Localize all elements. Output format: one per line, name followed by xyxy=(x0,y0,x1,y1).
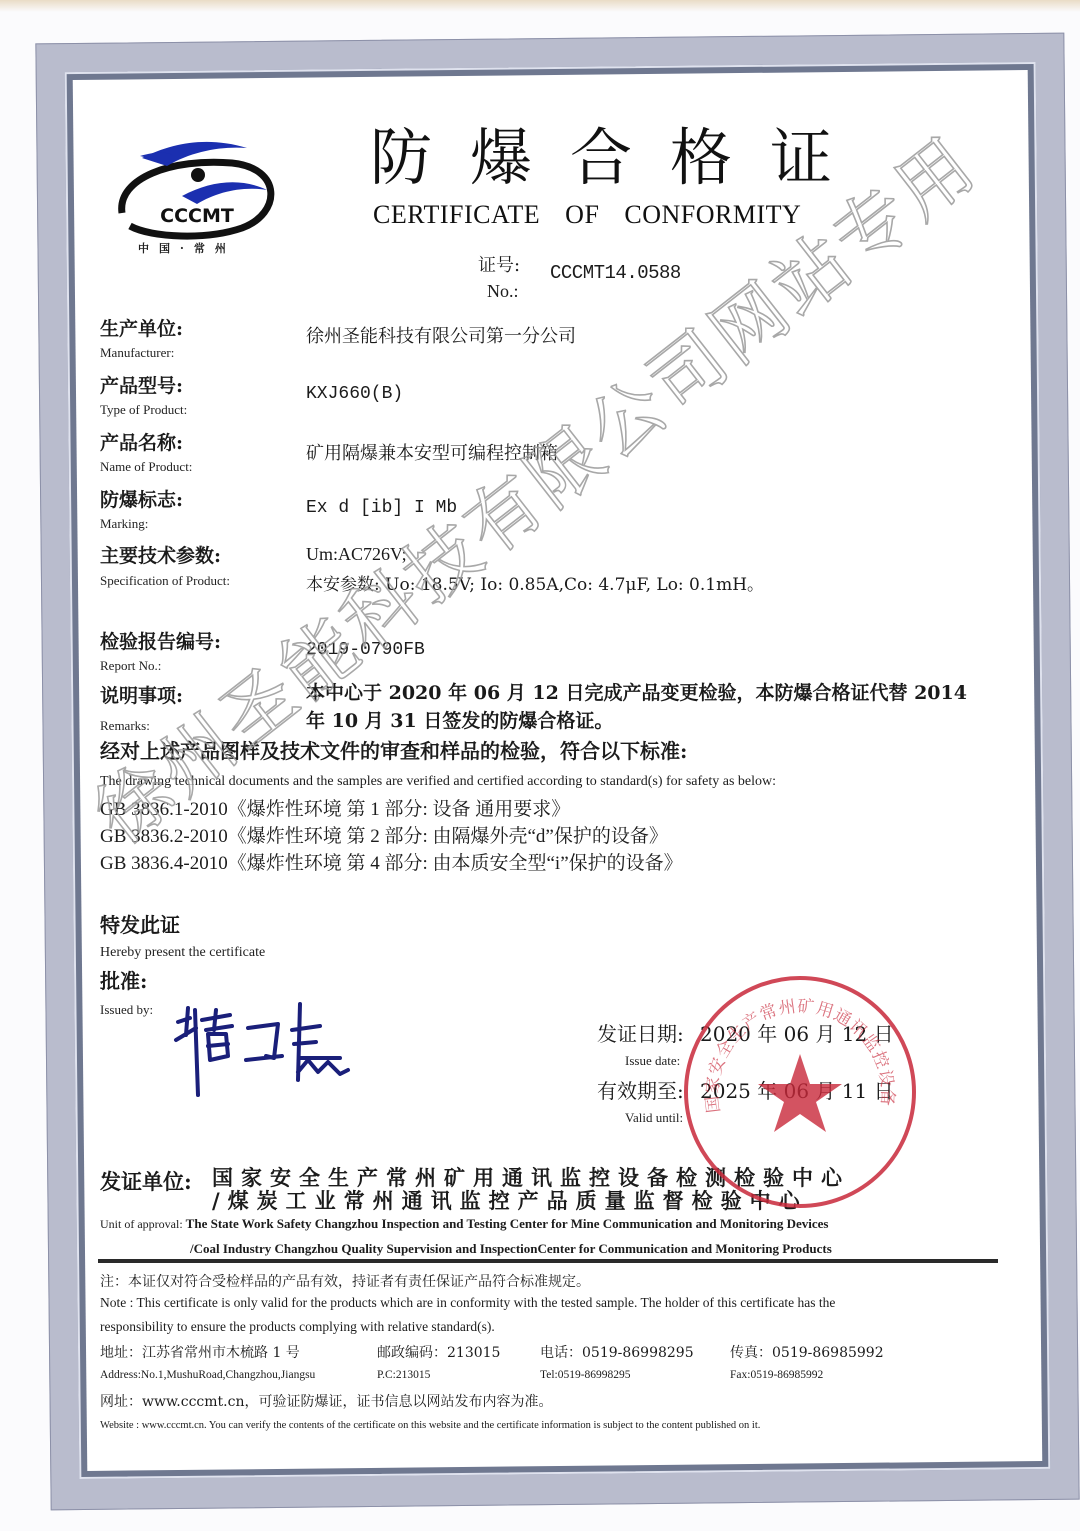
cert-no-value: CCCMT14.0588 xyxy=(550,262,681,284)
fax-en: Fax:0519-86985992 xyxy=(730,1369,823,1381)
fax-cn: 传真：0519-86985992 xyxy=(730,1342,884,1362)
specification-value-2: 本安参数: Uo: 18.5V; Io: 0.85A,Co: 4.7μF, Lo… xyxy=(306,570,764,595)
tel-en: Tel:0519-86998295 xyxy=(540,1369,631,1381)
website-en: Website : www.cccmt.cn. You can verify t… xyxy=(100,1420,760,1431)
manufacturer-label-en: Manufacturer: xyxy=(100,345,174,361)
report-no-label-cn: 检验报告编号: xyxy=(100,627,221,654)
note-en-2: responsibility to ensure the products co… xyxy=(100,1319,495,1335)
issue-date-label-cn: 发证日期: xyxy=(597,1018,684,1047)
postcode-cn: 邮政编码：213015 xyxy=(377,1342,500,1362)
unit-name-en-2: /Coal Industry Changzhou Quality Supervi… xyxy=(190,1241,832,1257)
product-type-label-cn: 产品型号: xyxy=(100,371,183,398)
postcode-en: P.C:213015 xyxy=(377,1369,430,1381)
remarks-label-en: Remarks: xyxy=(100,718,150,734)
valid-until-label-cn: 有效期至: xyxy=(597,1075,684,1104)
remarks-line-2: 年 10 月 31 日签发的防爆合格证。 xyxy=(306,706,613,733)
remarks-label-cn: 说明事项: xyxy=(100,681,183,708)
product-name-value: 矿用隔爆兼本安型可编程控制箱 xyxy=(306,439,558,465)
standards-intro-en: The drawing technical documents and the … xyxy=(100,774,776,790)
unit-label-en: Unit of approval: xyxy=(100,1217,183,1231)
unit-name-en-1: Unit of approval: The State Work Safety … xyxy=(100,1216,829,1232)
note-en-1: Note : This certificate is only valid fo… xyxy=(100,1295,835,1311)
standard-item: GB 3836.4-2010《爆炸性环境 第 4 部分: 由本质安全型“i”保护… xyxy=(100,848,683,875)
product-type-value: KXJ660(B) xyxy=(306,384,403,404)
specification-label-cn: 主要技术参数: xyxy=(100,541,221,568)
address-en: Address:No.1,MushuRoad,Changzhou,Jiangsu xyxy=(100,1369,315,1381)
issued-by-label-en: Issued by: xyxy=(100,1002,153,1018)
valid-until-label-en: Valid until: xyxy=(625,1110,683,1126)
product-type-label-en: Type of Product: xyxy=(100,402,187,418)
handwritten-signature-icon xyxy=(170,1000,360,1100)
note-cn: 注：本证仅对符合受检样品的产品有效，持证者有责任保证产品符合标准规定。 xyxy=(100,1271,590,1291)
issue-date-value: 2020 年 06 月 12 日 xyxy=(700,1018,894,1047)
cert-no-label-cn: 证号: xyxy=(478,251,520,277)
website-cn: 网址：www.cccmt.cn，可验证防爆证，证书信息以网站发布内容为准。 xyxy=(100,1391,552,1411)
hereby-present-en: Hereby present the certificate xyxy=(100,945,265,961)
unit-name-cn-2: /煤炭工业常州通讯监控产品质量监督检验中心 xyxy=(212,1185,808,1215)
issue-date-label-en: Issue date: xyxy=(625,1053,680,1069)
marking-value: Ex d [ib] I Mb xyxy=(306,498,457,518)
valid-until-value: 2025 年 06 月 11 日 xyxy=(700,1075,894,1104)
standard-item: GB 3836.2-2010《爆炸性环境 第 2 部分: 由隔爆外壳“d”保护的… xyxy=(100,821,668,848)
marking-label-cn: 防爆标志: xyxy=(100,485,183,512)
manufacturer-label-cn: 生产单位: xyxy=(100,314,183,341)
logo-caption: 中国·常州 xyxy=(138,240,236,256)
standards-intro-cn: 经对上述产品图样及技术文件的审查和样品的检验，符合以下标准: xyxy=(100,735,687,764)
tel-cn: 电话：0519-86998295 xyxy=(540,1342,694,1362)
marking-label-en: Marking: xyxy=(100,516,148,532)
report-no-value: 2019-0790FB xyxy=(306,640,425,660)
hereby-present-cn: 特发此证 xyxy=(100,909,180,938)
title-chinese: 防爆合格证 xyxy=(370,108,870,197)
approve-label-cn: 批准: xyxy=(100,965,147,994)
product-name-label-en: Name of Product: xyxy=(100,459,192,475)
product-name-label-cn: 产品名称: xyxy=(100,428,183,455)
report-no-label-en: Report No.: xyxy=(100,658,161,674)
logo-acronym: CCCMT xyxy=(160,205,234,227)
cert-no-label-en: No.: xyxy=(487,281,519,302)
title-english: CERTIFICATE OF CONFORMITY xyxy=(373,200,801,230)
address-cn: 地址：江苏省常州市木梳路 1 号 xyxy=(100,1342,300,1362)
certificate-content: CCCMT 中国·常州 防爆合格证 CERTIFICATE OF CONFORM… xyxy=(0,0,1080,1531)
specification-value-1: Um:AC726V; xyxy=(306,544,407,565)
specification-label-en: Specification of Product: xyxy=(100,573,230,589)
standard-item: GB 3836.1-2010《爆炸性环境 第 1 部分: 设备 通用要求》 xyxy=(100,794,570,821)
remarks-line-1: 本中心于 2020 年 06 月 12 日完成产品变更检验，本防爆合格证代替 2… xyxy=(306,678,967,705)
manufacturer-value: 徐州圣能科技有限公司第一分公司 xyxy=(306,322,576,348)
divider xyxy=(98,1259,998,1263)
unit-label-cn: 发证单位: xyxy=(100,1166,192,1196)
